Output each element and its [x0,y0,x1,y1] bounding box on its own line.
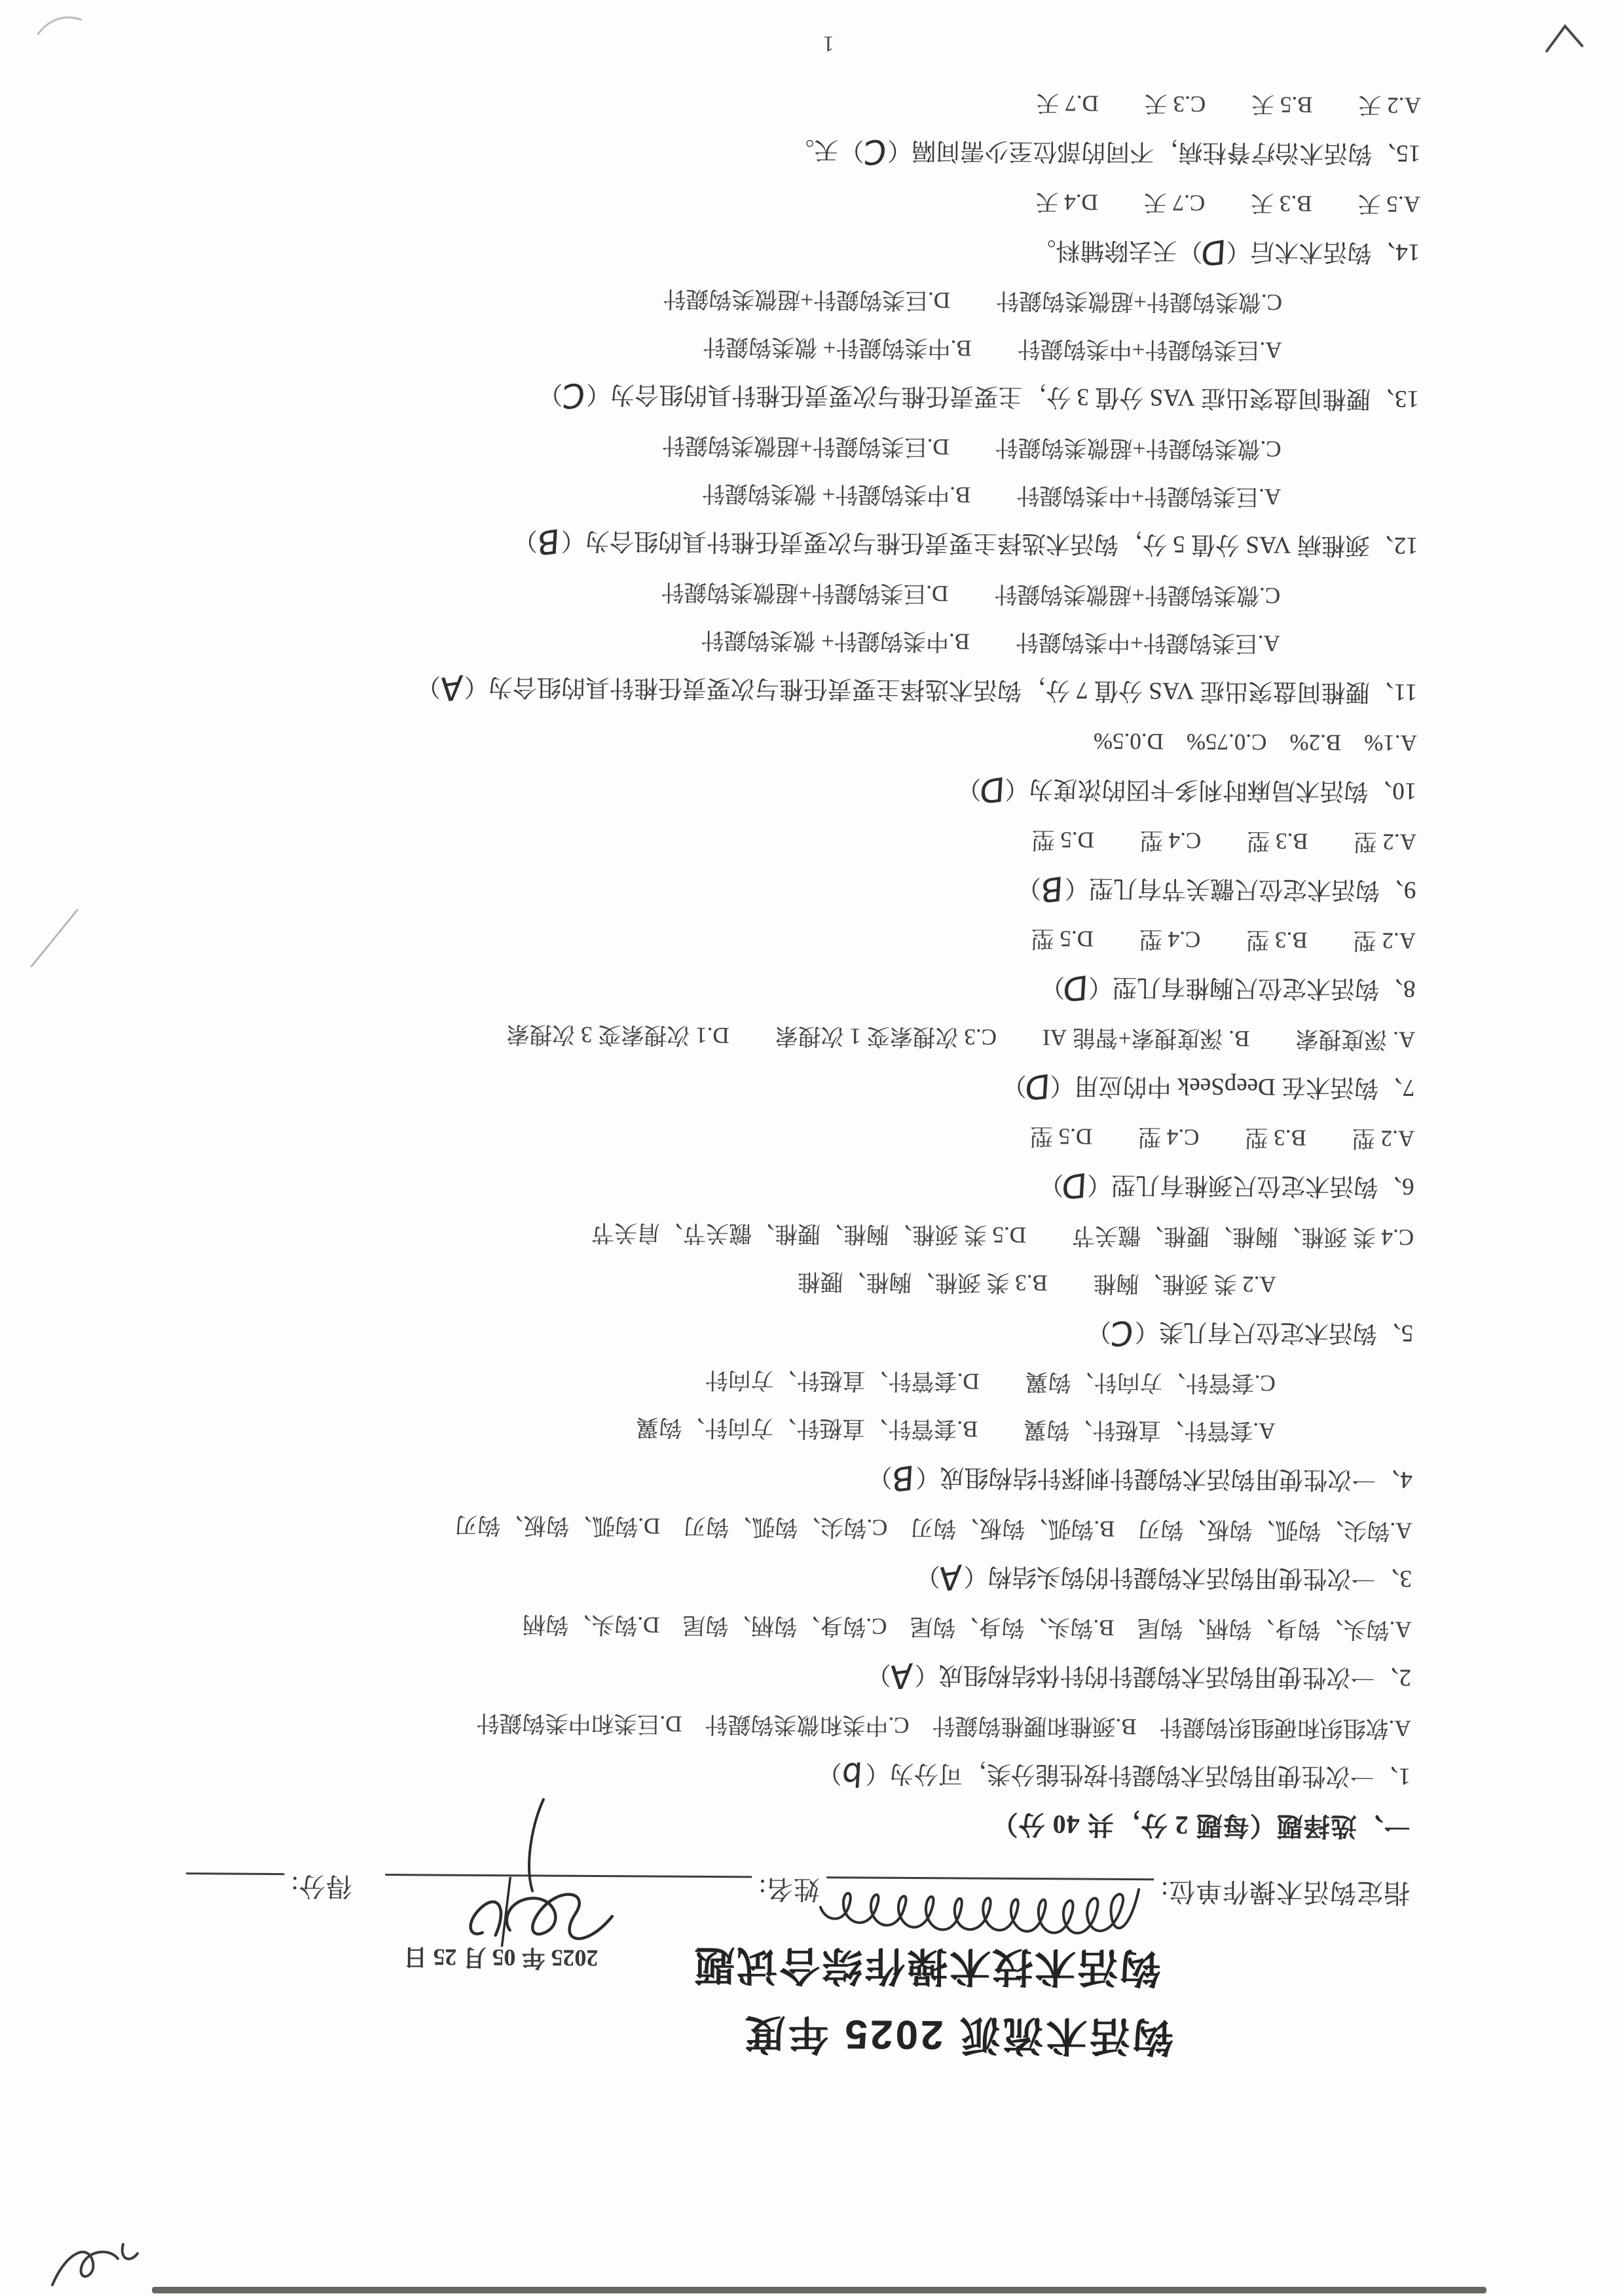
question-stem: 3、一次性使用钩活术钩鍉针的钩头结构 [987,1563,1412,1592]
question-stem: 15、钩活术治疗脊柱病，不同的部位至少需间隔 [912,137,1420,167]
page-number: 1 [236,27,1421,60]
name-blank-line [385,1874,752,1906]
option-row: A.巨类钩鍉针+中类钩鍉针 B.中类钩鍉针+ 微类钩鍉针 [154,613,1418,668]
question-stem: 4、一次性使用钩活术钩鍉针刺探针结构组成 [940,1463,1412,1493]
option-row: A.2 型 B.3 型 C.4 型 D.5 型 [152,909,1416,965]
option-row: A.巨类钩鍉针+中类钩鍉针 B.中类钩鍉针+ 微类钩鍉针 [155,319,1419,375]
exam-title-row: 钩活术技术操作综合试题 2025 年 05 月 25 日 [145,1936,1410,2002]
faint-mark-top-left [31,5,90,45]
option-row: A.钩头、钩身、钩柄、钩尾 B.钩头、钩身、钩尾 C.钩身、钩柄、钩尾 D.钩头… [147,1598,1411,1654]
question-14: 14、钩活术术后（D）天去除辅料。 A.5 天 B.3 天 C.7 天 D.4 … [156,173,1420,280]
question-10: 10、钩活术局麻时利多卡因的浓度为（D） A.1% B.2% C.0.75% D… [153,712,1417,818]
score-label: 得分: [291,1871,352,1901]
pen-scribble-bottom-left [41,2225,152,2293]
exam-title-line2: 钩活术技术操作综合试题 [692,1939,1161,2000]
handwritten-answer: B [882,1452,923,1504]
question-stem: 14、钩活术术后 [1250,238,1420,266]
question-5: 5、钩活术定位尺有几类（C） A.2 类 颈椎、胸椎 B.3 类 颈椎、胸椎、腰… [149,1206,1414,1360]
question-tail: 天。 [790,136,838,163]
score-blank-line [186,1872,284,1904]
question-stem: 8、钩活术定位尺胸椎有几型 [1113,974,1416,1002]
handwritten-answer: A [930,1551,971,1603]
option-row: C.4 类 颈椎、胸椎、腰椎、髋关节 D.5 类 颈椎、胸椎、腰椎、髋关节、肩关… [150,1206,1414,1262]
question-tail: 天去除辅料。 [1031,236,1177,264]
question-4: 4、一次性使用钩活术钩鍉针刺探针结构组成（B） A.套管针、直梃针、钩翼 B.套… [149,1353,1413,1507]
question-stem: 12、颈椎病 VAS 分值 5 分，钩活术选择主要责任椎与次要责任椎针具的组合为 [585,527,1418,559]
handwritten-answer: D [1054,1159,1095,1212]
handwritten-answer: C [553,369,594,422]
faint-mark-left-edge [22,898,94,977]
scan-edge-bar [152,2287,1486,2293]
handwritten-answer: A [881,1650,923,1702]
question-stem: 9、钩活术定位尺髋关节有几型 [1089,875,1416,903]
option-row: A. 深度搜索 B. 深度搜索+智能 AI C.3 次搜索变 1 次搜索 D.1… [151,1008,1415,1064]
option-row: A.2 类 颈椎、胸椎 B.3 类 颈椎、胸椎、腰椎 [150,1254,1414,1309]
handwritten-answer: D [971,763,1012,816]
question-8: 8、钩活术定位尺胸椎有几型（D） A.2 型 B.3 型 C.4 型 D.5 型 [151,909,1416,1016]
question-1: 1、一次性使用钩活术钩鍉针按性能分类，可分为（b） A.软组织和硬组织钩鍉针 B… [147,1697,1411,1804]
handwritten-answer: b [832,1748,874,1800]
handwritten-answer: C [1101,1307,1143,1359]
scanned-exam-sheet: 钩活术流派 2025 年度 钩活术技术操作综合试题 2025 年 05 月 25… [0,0,1624,2296]
exam-page-rotated-180: 钩活术流派 2025 年度 钩活术技术操作综合试题 2025 年 05 月 25… [0,0,1624,2296]
question-7: 7、钩活术在 DeepSeek 中的应用（D） A. 深度搜索 B. 深度搜索+… [151,1008,1415,1115]
question-12: 12、颈椎病 VAS 分值 5 分，钩活术选择主要责任椎与次要责任椎针具的组合为… [154,418,1418,573]
exam-date: 2025 年 05 月 25 日 [403,1942,598,1977]
handwritten-answer: D [1017,1061,1058,1113]
question-2: 2、一次性使用钩活术钩鍉针的针体结构组成（A） A.钩头、钩身、钩柄、钩尾 B.… [147,1598,1412,1705]
option-row: A.2 型 B.3 型 C.4 型 D.5 型 [151,1107,1414,1163]
option-row: C.微类钩鍉针+超微类钩鍉针 D.巨类钩鍉针+超微类钩鍉针 [155,418,1418,474]
exam-title-line1: 钩活术流派 2025 年度 [145,2005,1173,2069]
handwritten-answer: B [528,515,569,568]
pen-tick-top-right [1539,17,1598,63]
handwritten-answer: A [431,661,472,714]
question-9: 9、钩活术定位尺髋关节有几型（B） A.2 型 B.3 型 C.4 型 D.5 … [152,811,1416,917]
question-list: 1、一次性使用钩活术钩鍉针按性能分类，可分为（b） A.软组织和硬组织钩鍉针 B… [147,74,1421,1804]
option-row: A.1% B.2% C.0.75% D.0.5% [153,712,1417,767]
question-stem: 6、钩活术定位尺颈椎有几型 [1111,1171,1414,1200]
question-stem: 10、钩活术局麻时利多卡因的浓度为 [1029,775,1416,805]
question-6: 6、钩活术定位尺颈椎有几型（D） A.2 型 B.3 型 C.4 型 D.5 型 [150,1107,1414,1214]
question-3: 3、一次性使用钩活术钩鍉针的钩头结构（A） A.钩尖、钩弧、钩板、钩刃 B.钩弧… [148,1499,1412,1606]
unit-blank-line [826,1876,1154,1909]
option-row: A.巨类钩鍉针+中类钩鍉针 B.中类钩鍉针+ 微类钩鍉针 [155,466,1418,522]
option-row: A.软组织和硬组织钩鍉针 B.颈椎和腰椎钩鍉针 C.中类和微类钩鍉针 D.巨类和… [147,1697,1411,1753]
question-stem: 2、一次性使用钩活术钩鍉针的针体结构组成 [938,1661,1411,1690]
option-row: A.5 天 B.3 天 C.7 天 D.4 天 [157,173,1420,228]
question-stem: 11、腰椎间盘突出症 VAS 分值 7 分，钩活术选择主要责任椎与次要责任椎针具… [489,673,1418,706]
option-row: C.微类钩鍉针+超微类钩鍉针 D.巨类钩鍉针+超微类钩鍉针 [156,272,1420,327]
section-heading: 一、选择题（每题 2 分，共 40 分） [147,1802,1411,1848]
handwritten-answer: C [854,125,895,177]
header-fields-row: 指定钩活术操作单位: 姓名: 得分: [146,1868,1410,1914]
question-15: 15、钩活术治疗脊柱病，不同的部位至少需间隔（C）天。 A.2 天 B.5 天 … [157,74,1421,181]
unit-label: 指定钩活术操作单位: [1160,1876,1410,1907]
option-row: C.微类钩鍉针+超微类钩鍉针 D.巨类钩鍉针+超微类钩鍉针 [154,565,1418,621]
name-label: 姓名: [758,1874,820,1904]
option-row: C.套管针、方向针、钩翼 D.套管针、直梃针、方向针 [149,1353,1413,1408]
option-row: A.钩尖、钩弧、钩板、钩刃 B.钩弧、钩板、钩刃 C.钩尖、钩弧、钩刃 D.钩弧… [148,1499,1412,1555]
question-stem: 1、一次性使用钩活术钩鍉针按性能分类，可分为 [890,1760,1411,1790]
option-row: A.套管针、直梃针、钩翼 B.套管针、直梃针、方向针、钩翼 [149,1400,1412,1456]
question-13: 13、腰椎间盘突出症 VAS 分值 3 分，主要责任椎与次要责任椎针具的组合为（… [155,272,1420,426]
option-row: A.2 型 B.3 型 C.4 型 D.5 型 [153,811,1416,866]
handwritten-answer: D [1192,226,1234,278]
option-row: A.2 天 B.5 天 C.3 天 D.7 天 [157,74,1421,130]
question-stem: 7、钩活术在 DeepSeek 中的应用 [1074,1072,1414,1101]
question-stem: 13、腰椎间盘突出症 VAS 分值 3 分，主要责任椎与次要责任椎针具的组合为 [610,380,1419,412]
question-11: 11、腰椎间盘突出症 VAS 分值 7 分，钩活术选择主要责任椎与次要责任椎针具… [153,565,1418,720]
question-stem: 5、钩活术定位尺有几类 [1159,1318,1414,1346]
handwritten-answer: D [1055,962,1096,1014]
handwritten-answer: B [1031,863,1073,915]
